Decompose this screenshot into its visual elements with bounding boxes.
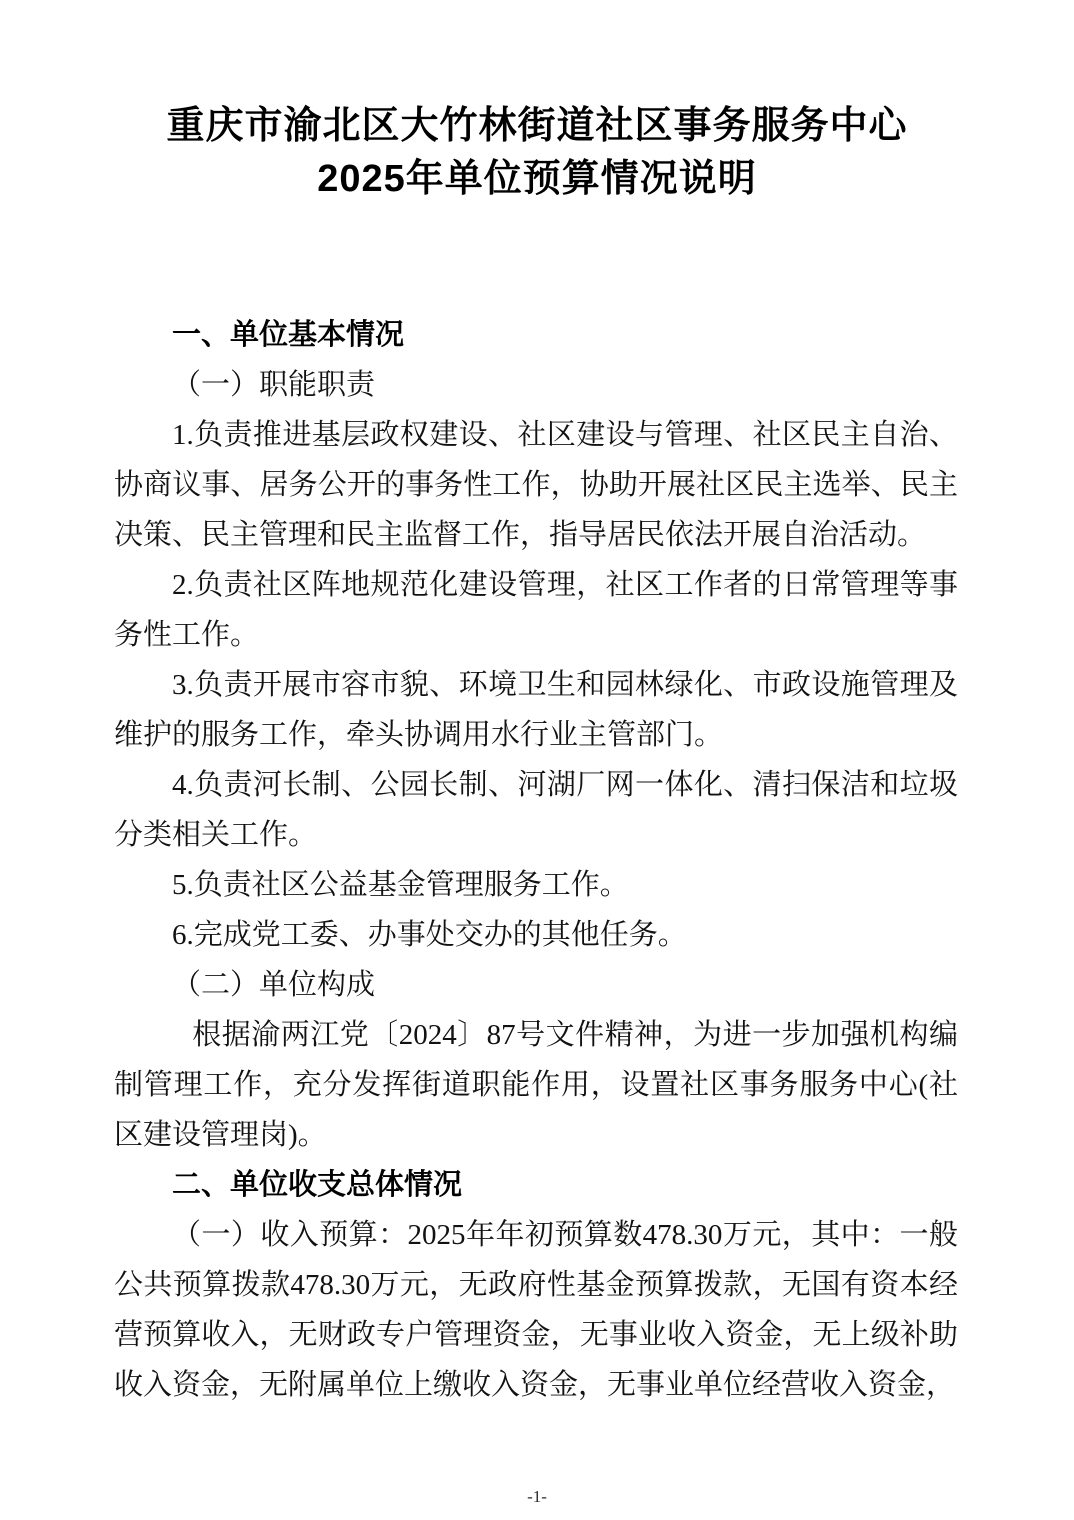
body-paragraph: 5.负责社区公益基金管理服务工作。 <box>114 860 958 910</box>
page-footer: -1- <box>0 1488 1074 1506</box>
body-paragraph: 3.负责开展市容市貌、环境卫生和园林绿化、市政设施管理及维护的服务工作，牵头协调… <box>114 660 958 760</box>
body-paragraph: （一）收入预算：2025年年初预算数478.30万元，其中：一般公共预算拨款47… <box>114 1210 958 1410</box>
section-heading: 二、单位收支总体情况 <box>114 1160 958 1210</box>
body-paragraph: 6.完成党工委、办事处交办的其他任务。 <box>114 910 958 960</box>
body-paragraph: 2.负责社区阵地规范化建设管理，社区工作者的日常管理等事务性工作。 <box>114 560 958 660</box>
body-paragraph: 4.负责河长制、公园长制、河湖厂网一体化、清扫保洁和垃圾分类相关工作。 <box>114 760 958 860</box>
subsection-heading: （二）单位构成 <box>114 960 958 1010</box>
page-number: -1- <box>527 1487 547 1506</box>
document-title: 重庆市渝北区大竹林街道社区事务服务中心 2025年单位预算情况说明 <box>0 0 1074 206</box>
body-paragraph: 根据渝两江党〔2024〕87号文件精神，为进一步加强机构编制管理工作，充分发挥街… <box>114 1010 958 1160</box>
document-body: 一、单位基本情况（一）职能职责1.负责推进基层政权建设、社区建设与管理、社区民主… <box>114 310 958 1410</box>
document-page: 重庆市渝北区大竹林街道社区事务服务中心 2025年单位预算情况说明 一、单位基本… <box>0 0 1074 1520</box>
document-title-line1: 重庆市渝北区大竹林街道社区事务服务中心 <box>0 100 1074 153</box>
subsection-heading: （一）职能职责 <box>114 360 958 410</box>
body-paragraph: 1.负责推进基层政权建设、社区建设与管理、社区民主自治、协商议事、居务公开的事务… <box>114 410 958 560</box>
document-title-line2: 2025年单位预算情况说明 <box>0 153 1074 206</box>
section-heading: 一、单位基本情况 <box>114 310 958 360</box>
